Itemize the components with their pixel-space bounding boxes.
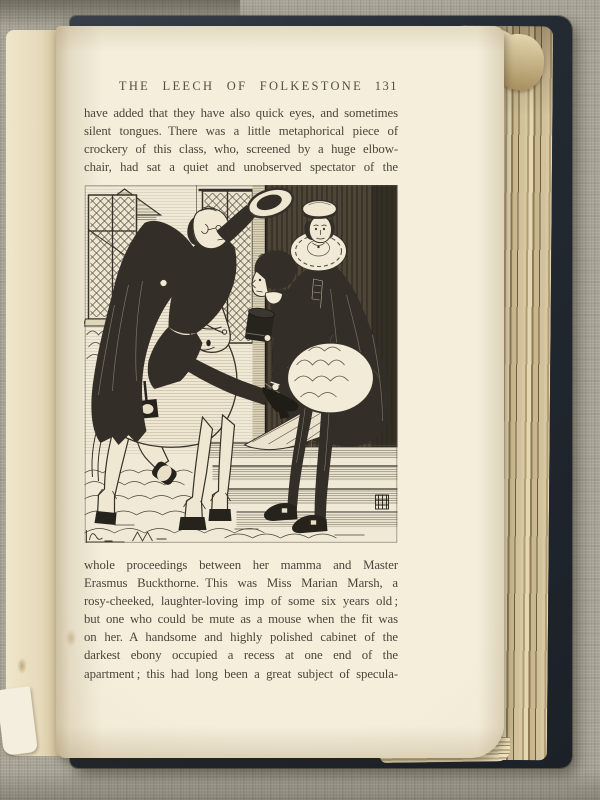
engraving-illustration (84, 185, 398, 543)
text-line: apartment ; this had long been a great s… (84, 665, 398, 683)
page-number: 131 (375, 80, 398, 93)
photo-of-book-on-fabric: THE LEECH OF FOLKESTONE 131 have added t… (0, 0, 600, 800)
text-line: whole proceedings between her mamma and … (84, 556, 398, 574)
book-page: THE LEECH OF FOLKESTONE 131 have added t… (56, 26, 504, 758)
text-line: crockery of this class, who, screened by… (84, 140, 398, 158)
running-header: THE LEECH OF FOLKESTONE 131 (84, 80, 398, 93)
text-line: Erasmus Buckthorne. This was Miss Marian… (84, 574, 398, 592)
text-line: silent tongues. There was a little metap… (84, 122, 398, 140)
paragraph-bottom: whole proceedings between her mamma and … (84, 556, 398, 683)
chapter-title: THE LEECH OF FOLKESTONE (119, 79, 363, 93)
text-line: but one who could be mute as a mouse whe… (84, 610, 398, 628)
text-line: chair, had sat a quiet and unobserved sp… (84, 158, 398, 176)
text-line: have added that they have also quick eye… (84, 104, 398, 122)
book-illustration (84, 185, 398, 543)
paragraph-top: have added that they have also quick eye… (84, 104, 398, 176)
text-line: rosy-cheeked, laughter-loving imp of som… (84, 592, 398, 610)
text-line: darkest ebony occupied a recess at one e… (84, 646, 398, 664)
text-line: on her. A handsome and highly polished c… (84, 628, 398, 646)
